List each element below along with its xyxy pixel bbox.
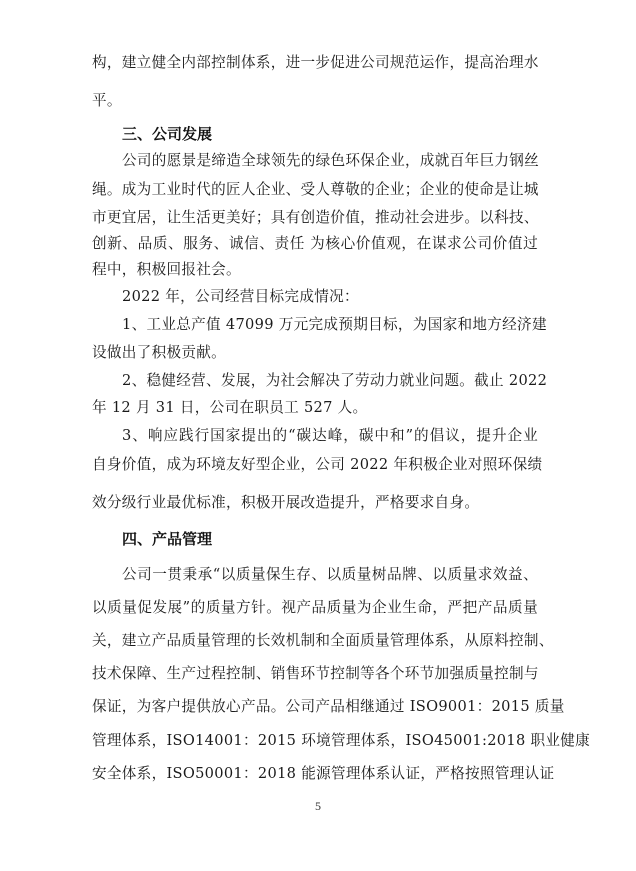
text-line: 程中，积极回报社会。 <box>92 261 538 279</box>
text-line: 2022 年，公司经营目标完成情况： <box>122 288 538 306</box>
text-line: 设做出了积极贡献。 <box>92 344 538 362</box>
text-line: 构，建立健全内部控制体系，进一步促进公司规范运作，提高治理水 <box>92 54 538 72</box>
text-line: 保证，为客户提供放心产品。公司产品相继通过 ISO9001：2015 质量 <box>92 698 538 716</box>
text-line: 安全体系，ISO50001：2018 能源管理体系认证，严格按照管理认证 <box>92 765 538 783</box>
text-line: 以质量促发展”的质量方针。视产品质量为企业生命，严把产品质量 <box>92 599 538 617</box>
text-line: 市更宜居，让生活更美好；具有创造价值，推动社会进步。以科技、 <box>92 209 538 227</box>
text-line: 公司一贯秉承“以质量保生存、以质量树品牌、以质量求效益、 <box>122 566 538 584</box>
page-number: 5 <box>0 799 636 814</box>
text-line: 3、响应践行国家提出的“碳达峰，碳中和”的倡议，提升企业 <box>122 427 538 445</box>
text-line: 自身价值，成为环境友好型企业，公司 2022 年积极企业对照环保绩 <box>92 456 538 474</box>
text-line: 绳。成为工业时代的匠人企业、受人尊敬的企业；企业的使命是让城 <box>92 181 538 199</box>
section-heading: 三、公司发展 <box>122 125 212 143</box>
text-line: 公司的愿景是缔造全球领先的绿色环保企业，成就百年巨力钢丝 <box>122 152 538 170</box>
text-line: 2、稳健经营、发展，为社会解决了劳动力就业问题。截止 2022 <box>122 372 538 390</box>
text-line: 平。 <box>92 92 538 110</box>
text-line: 年 12 月 31 日，公司在职员工 527 人。 <box>92 399 538 417</box>
text-line: 效分级行业最优标准，积极开展改造提升，严格要求自身。 <box>92 494 538 512</box>
text-line: 创新、品质、服务、诚信、责任 为核心价值观，在谋求公司价值过 <box>92 235 538 253</box>
text-line: 关，建立产品质量管理的长效机制和全面质量管理体系，从原料控制、 <box>92 632 538 650</box>
text-line: 技术保障、生产过程控制、销售环节控制等各个环节加强质量控制与 <box>92 665 538 683</box>
document-page: 构，建立健全内部控制体系，进一步促进公司规范运作，提高治理水平。三、公司发展公司… <box>0 0 636 871</box>
text-line: 管理体系，ISO14001：2015 环境管理体系，ISO45001:2018 … <box>92 732 538 750</box>
section-heading: 四、产品管理 <box>122 530 212 548</box>
text-line: 1、工业总产值 47099 万元完成预期目标，为国家和地方经济建 <box>122 316 538 334</box>
